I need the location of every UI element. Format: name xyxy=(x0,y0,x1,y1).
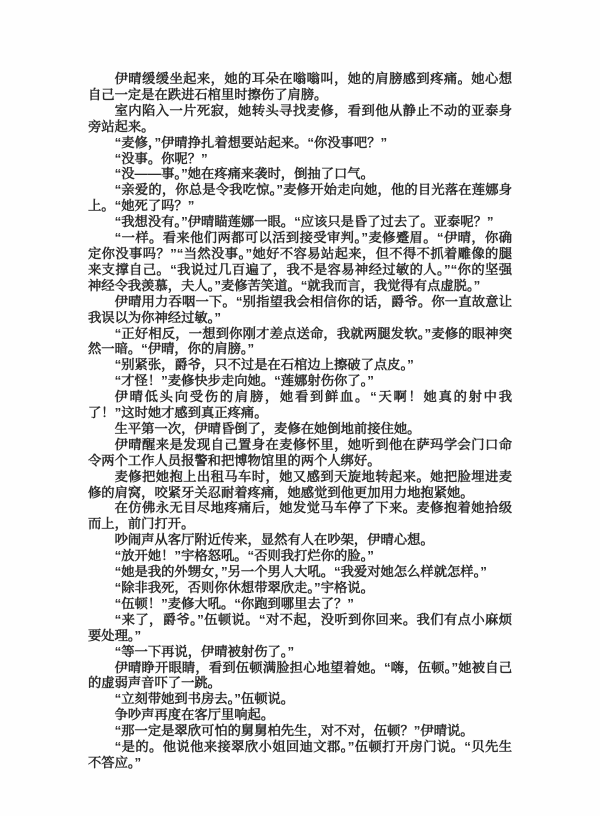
paragraph: “那一定是翠欣可怕的舅舅柏先生，对不对，伍顿？”伊晴说。 xyxy=(88,723,512,739)
paragraph: “立刻带她到书房去。”伍顿说。 xyxy=(88,691,512,707)
paragraph: “放开她！”宇格怒吼。“否则我打烂你的脸。” xyxy=(88,548,512,564)
page-text: 伊晴缓缓坐起来，她的耳朵在嗡嗡叫，她的肩膀感到疼痛。她心想自己一定是在跌进石棺里… xyxy=(88,71,512,771)
paragraph: “我想没有。”伊晴瞄莲娜一眼。“应该只是昏了过去了。亚泰呢？” xyxy=(88,214,512,230)
paragraph: 麦修把她抱上出租马车时，她又感到天旋地转起来。她把脸埋进麦修的肩窝，咬紧牙关忍耐… xyxy=(88,469,512,501)
paragraph: “没——事。”她在疼痛来袭时，倒抽了口气。 xyxy=(88,166,512,182)
paragraph: “伍顿！”麦修大吼。“你跑到哪里去了？” xyxy=(88,596,512,612)
paragraph: “麦修，”伊晴挣扎着想要站起来。“你没事吧？” xyxy=(88,135,512,151)
paragraph: 生平第一次，伊晴昏倒了，麦修在她倒地前接住她。 xyxy=(88,421,512,437)
paragraph: 伊晴睁开眼睛，看到伍顿满脸担心地望着她。“嗨，伍顿。”她被自己的虚弱声音吓了一跳… xyxy=(88,660,512,692)
paragraph: 室内陷入一片死寂，她转头寻找麦修，看到他从静止不动的亚泰身旁站起来。 xyxy=(88,103,512,135)
paragraph: “她是我的外甥女，”另一个男人大吼。“我爱对她怎么样就怎样。” xyxy=(88,564,512,580)
book-page: 伊晴缓缓坐起来，她的耳朵在嗡嗡叫，她的肩膀感到疼痛。她心想自己一定是在跌进石棺里… xyxy=(0,0,600,816)
paragraph: 伊晴用力吞咽一下。“别指望我会相信你的话，爵爷。你一直故意让我误以为你神经过敏。… xyxy=(88,294,512,326)
paragraph: “没事。你呢？” xyxy=(88,151,512,167)
paragraph: “亲爱的，你总是令我吃惊。”麦修开始走向她，他的目光落在莲娜身上。“她死了吗？” xyxy=(88,182,512,214)
paragraph: 伊晴醒来是发现自己置身在麦修怀里，她听到他在萨玛学会门口命令两个工作人员报警和把… xyxy=(88,437,512,469)
paragraph: 争吵声再度在客厅里响起。 xyxy=(88,707,512,723)
paragraph: “别紧张，爵爷，只不过是在石棺边上擦破了点皮。” xyxy=(88,357,512,373)
paragraph: “才怪！”麦修快步走向她。“莲娜射伤你了。” xyxy=(88,373,512,389)
paragraph: “是的。他说他来接翠欣小姐回迪文郡。”伍顿打开房门说。“贝先生不答应。” xyxy=(88,739,512,771)
paragraph: 伊晴缓缓坐起来，她的耳朵在嗡嗡叫，她的肩膀感到疼痛。她心想自己一定是在跌进石棺里… xyxy=(88,71,512,103)
paragraph: 吵闹声从客厅附近传来，显然有人在吵架，伊晴心想。 xyxy=(88,532,512,548)
paragraph: “一样。看来他们两都可以活到接受审判。”麦修蹙眉。“伊晴，你确定你没事吗？”“当… xyxy=(88,230,512,294)
paragraph: 伊晴低头向受伤的肩膀，她看到鲜血。“天啊！她真的射中我了！”这时她才感到真正疼痛… xyxy=(88,389,512,421)
paragraph: “来了，爵爷。”伍顿说。“对不起，没听到你回来。我们有点小麻烦要处理。” xyxy=(88,612,512,644)
paragraph: “等一下再说，伊晴被射伤了。” xyxy=(88,644,512,660)
paragraph: “除非我死，否则你休想带翠欣走。”宇格说。 xyxy=(88,580,512,596)
paragraph: “正好相反，一想到你刚才差点送命，我就两腿发软。”麦修的眼神突然一暗。“伊晴，你… xyxy=(88,326,512,358)
paragraph: 在仿佛永无目尽地疼痛后，她发觉马车停了下来。麦修抱着她拾级而上，前门打开。 xyxy=(88,500,512,532)
